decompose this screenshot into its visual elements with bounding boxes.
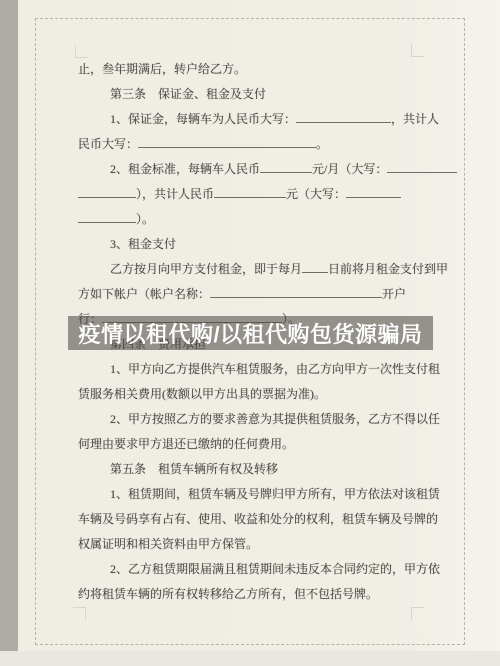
doc-text-segment: 3、租金支付 bbox=[110, 237, 176, 251]
doc-line: 乙方按月向甲方支付租金，即于每月日前将月租金支付到甲 bbox=[78, 257, 438, 282]
doc-text-segment: 方如下帐户（帐户名称： bbox=[78, 287, 210, 301]
form-blank-underline bbox=[387, 159, 457, 173]
doc-line: 2、租金标准，每辆车人民币元/月（大写： bbox=[78, 157, 438, 182]
doc-line: 何理由要求甲方退还已缴纳的任何费用。 bbox=[78, 432, 438, 457]
doc-text-segment: 1、保证金，每辆车为人民币大写： bbox=[110, 112, 296, 126]
form-blank-underline bbox=[214, 184, 286, 198]
doc-text-segment: ）。 bbox=[136, 212, 154, 226]
text-boundary-mark-bottom-right bbox=[411, 607, 424, 620]
doc-line: ）。 bbox=[78, 207, 438, 232]
doc-text-segment: 。 bbox=[316, 137, 328, 151]
doc-text-segment: 权属证明和相关资料由甲方保管。 bbox=[78, 537, 258, 551]
doc-text-segment: ），共计人民币 bbox=[136, 187, 214, 201]
doc-text-segment: 元/月（大写： bbox=[312, 162, 387, 176]
form-blank-underline bbox=[260, 159, 312, 173]
doc-text-segment: 第五条 租赁车辆所有权及转移 bbox=[110, 462, 278, 476]
doc-line: 2、甲方按照乙方的要求善意为其提供租赁服务，乙方不得以任 bbox=[78, 407, 438, 432]
doc-text-segment: ，共计人 bbox=[391, 112, 439, 126]
doc-line: ），共计人民币元（大写： bbox=[78, 182, 438, 207]
doc-text-segment: 元（大写： bbox=[286, 187, 346, 201]
doc-line: 第五条 租赁车辆所有权及转移 bbox=[78, 457, 438, 482]
caption-banner: 疫情以租代购/以租代购包货源骗局 bbox=[68, 316, 433, 350]
doc-line: 第三条 保证金、租金及支付 bbox=[78, 82, 438, 107]
doc-text-segment: 民币大写： bbox=[78, 137, 138, 151]
doc-line: 1、保证金，每辆车为人民币大写：，共计人 bbox=[78, 107, 438, 132]
doc-text-segment: 约将租赁车辆的所有权转移给乙方所有，但不包括号牌。 bbox=[78, 587, 378, 601]
doc-line: 权属证明和相关资料由甲方保管。 bbox=[78, 532, 438, 557]
scan-bottom-margin bbox=[0, 651, 500, 666]
doc-text-segment: 第三条 保证金、租金及支付 bbox=[110, 87, 266, 101]
doc-text-segment: 2、乙方租赁期限届满且租赁期间未违反本合同约定的，甲方依 bbox=[110, 562, 440, 576]
text-boundary-mark-bottom-left bbox=[73, 607, 86, 620]
form-blank-underline bbox=[346, 184, 401, 198]
doc-line: 止，叁年期满后，转户给乙方。 bbox=[78, 57, 438, 82]
form-blank-underline bbox=[210, 284, 382, 298]
doc-text-segment: 开户 bbox=[382, 287, 406, 301]
doc-text-segment: 2、租金标准，每辆车人民币 bbox=[110, 162, 260, 176]
doc-line: 民币大写：。 bbox=[78, 132, 438, 157]
form-blank-underline bbox=[138, 134, 316, 148]
doc-line: 1、租赁期间，租赁车辆及号牌归甲方所有，甲方依法对该租赁 bbox=[78, 482, 438, 507]
doc-line: 1、甲方向乙方提供汽车租赁服务，由乙方向甲方一次性支付租 bbox=[78, 357, 438, 382]
doc-line: 方如下帐户（帐户名称：开户 bbox=[78, 282, 438, 307]
screenshot-stage: 止，叁年期满后，转户给乙方。第三条 保证金、租金及支付1、保证金，每辆车为人民币… bbox=[0, 0, 500, 666]
doc-text-segment: 乙方按月向甲方支付租金，即于每月 bbox=[110, 262, 302, 276]
text-boundary-mark-top-right bbox=[411, 44, 424, 57]
doc-line: 赁服务相关费用(数额以甲方出具的票据为准)。 bbox=[78, 382, 438, 407]
doc-text-segment: 赁服务相关费用(数额以甲方出具的票据为准)。 bbox=[78, 387, 326, 401]
doc-line: 车辆及号码享有占有、使用、收益和处分的权利，租赁车辆及号牌的 bbox=[78, 507, 438, 532]
doc-line: 3、租金支付 bbox=[78, 232, 438, 257]
caption-banner-text: 疫情以租代购/以租代购包货源骗局 bbox=[78, 318, 422, 349]
scan-left-margin bbox=[0, 0, 18, 651]
form-blank-underline bbox=[78, 209, 136, 223]
form-blank-underline bbox=[302, 259, 328, 273]
doc-text-segment: 何理由要求甲方退还已缴纳的任何费用。 bbox=[78, 437, 294, 451]
doc-text-segment: 1、租赁期间，租赁车辆及号牌归甲方所有，甲方依法对该租赁 bbox=[110, 487, 440, 501]
doc-text-segment: 车辆及号码享有占有、使用、收益和处分的权利，租赁车辆及号牌的 bbox=[78, 512, 438, 526]
doc-line: 约将租赁车辆的所有权转移给乙方所有，但不包括号牌。 bbox=[78, 582, 438, 607]
doc-text-segment: 止，叁年期满后，转户给乙方。 bbox=[78, 62, 246, 76]
doc-text-segment: 1、甲方向乙方提供汽车租赁服务，由乙方向甲方一次性支付租 bbox=[110, 362, 440, 376]
form-blank-underline bbox=[78, 184, 136, 198]
doc-text-segment: 2、甲方按照乙方的要求善意为其提供租赁服务，乙方不得以任 bbox=[110, 412, 440, 426]
doc-line: 2、乙方租赁期限届满且租赁期间未违反本合同约定的，甲方依 bbox=[78, 557, 438, 582]
doc-text-segment: 日前将月租金支付到甲 bbox=[328, 262, 448, 276]
form-blank-underline bbox=[296, 109, 391, 123]
